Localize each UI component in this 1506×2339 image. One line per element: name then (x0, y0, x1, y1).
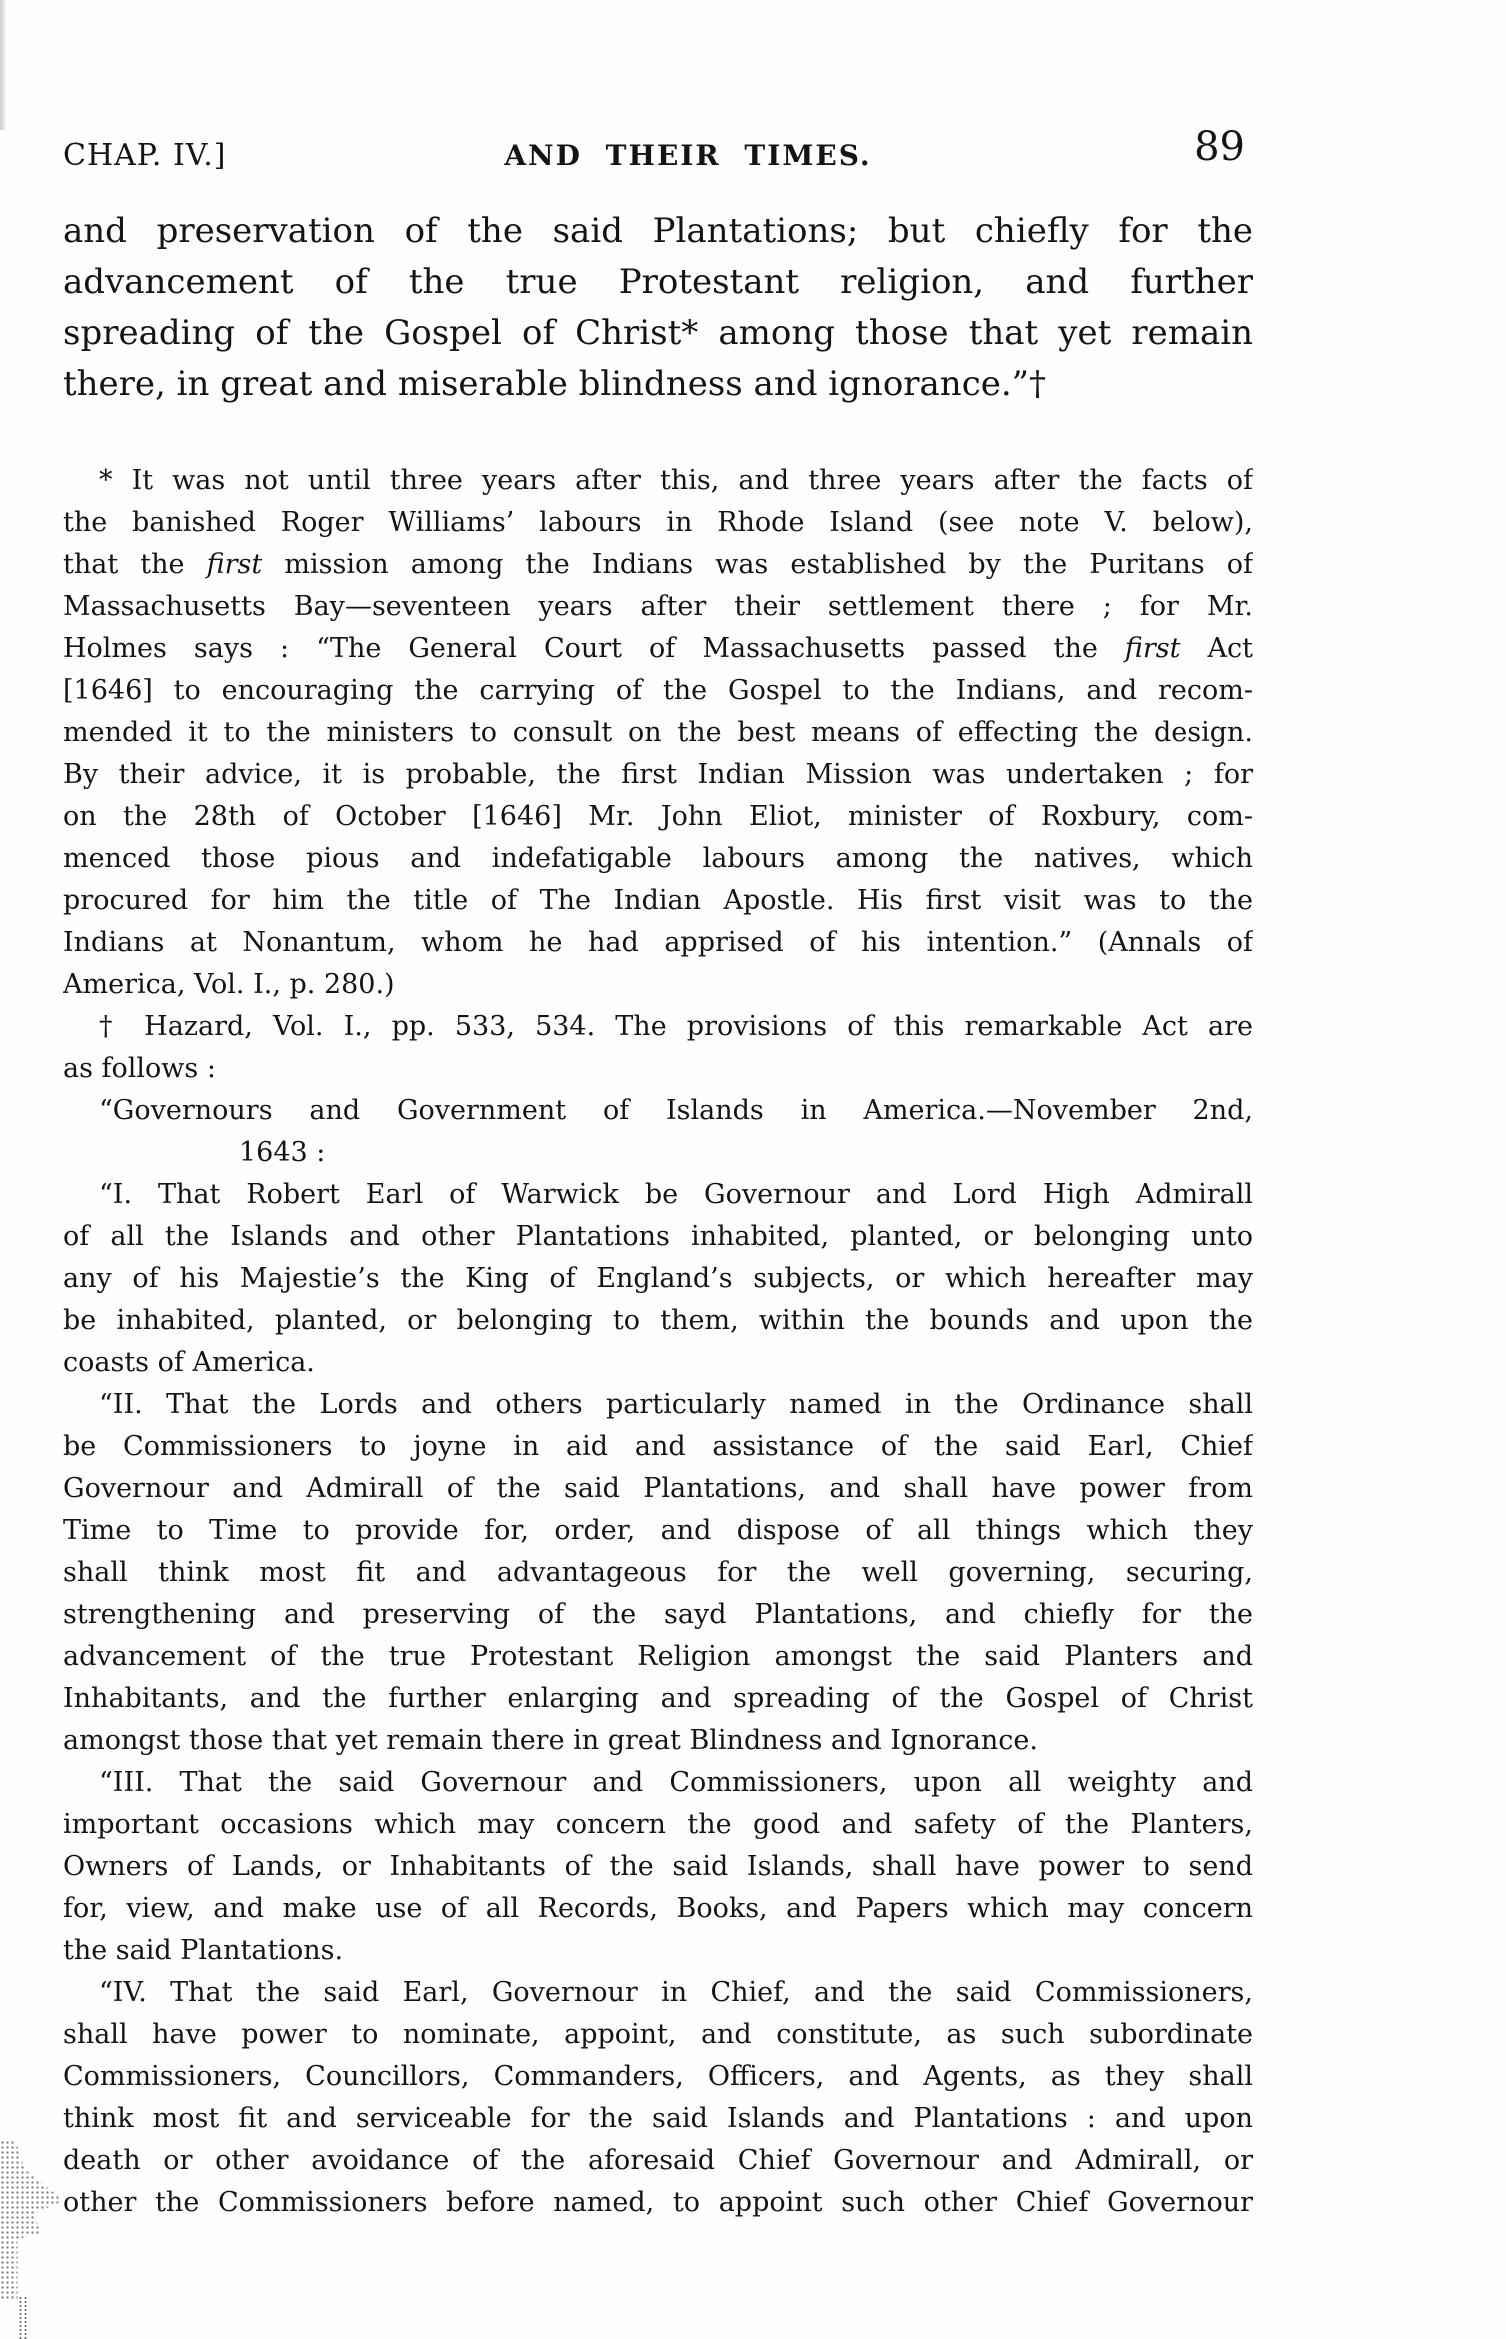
text-line: as follows : (63, 1048, 1253, 1090)
text-line: Indians at Nonantum, whom he had apprise… (63, 922, 1253, 964)
text-line: strengthening and preserving of the sayd… (63, 1594, 1253, 1636)
text-line: coasts of America. (63, 1342, 1253, 1384)
main-paragraph: and preservation of the said Plantations… (63, 206, 1253, 410)
text-line: Holmes says : “The General Court of Mass… (63, 628, 1253, 670)
text-line: By their advice, it is probable, the fir… (63, 754, 1253, 796)
text-line: Inhabitants, and the further enlarging a… (63, 1678, 1253, 1720)
text-line: shall think most fit and advantageous fo… (63, 1552, 1253, 1594)
running-title: AND THEIR TIMES. (468, 139, 908, 172)
text-line: 1643 : (63, 1132, 1253, 1174)
text-line: “I. That Robert Earl of Warwick be Gover… (63, 1174, 1253, 1216)
text-line: of all the Islands and other Plantations… (63, 1216, 1253, 1258)
text-line: Owners of Lands, or Inhabitants of the s… (63, 1846, 1253, 1888)
text-line: menced those pious and indefatigable lab… (63, 838, 1253, 880)
text-line: shall have power to nominate, appoint, a… (63, 2014, 1253, 2056)
text-line: advancement of the true Protestant relig… (63, 257, 1253, 308)
text-line: advancement of the true Protestant Relig… (63, 1636, 1253, 1678)
text-line: Time to Time to provide for, order, and … (63, 1510, 1253, 1552)
text-line: America, Vol. I., p. 280.) (63, 964, 1253, 1006)
page-header: CHAP. IV.] AND THEIR TIMES. 89 (63, 130, 1253, 180)
text-line: spreading of the Gospel of Christ* among… (63, 308, 1253, 359)
text-line: important occasions which may concern th… (63, 1804, 1253, 1846)
text-line: that the first mission among the Indians… (63, 544, 1253, 586)
page-number: 89 (1194, 124, 1245, 170)
text-line: other the Commissioners before named, to… (63, 2182, 1253, 2224)
text-line: be inhabited, planted, or belonging to t… (63, 1300, 1253, 1342)
text-line: the said Plantations. (63, 1930, 1253, 1972)
text-line: be Commissioners to joyne in aid and ass… (63, 1426, 1253, 1468)
text-line: Governour and Admirall of the said Plant… (63, 1468, 1253, 1510)
chapter-label: CHAP. IV.] (63, 138, 226, 173)
book-page-scan: CHAP. IV.] AND THEIR TIMES. 89 and prese… (0, 0, 1506, 2339)
text-line: amongst those that yet remain there in g… (63, 1720, 1253, 1762)
text-line: and preservation of the said Plantations… (63, 206, 1253, 257)
text-line: * It was not until three years after thi… (63, 460, 1253, 502)
text-line: Massachusetts Bay—seventeen years after … (63, 586, 1253, 628)
text-line: † Hazard, Vol. I., pp. 533, 534. The pro… (63, 1006, 1253, 1048)
text-line: Commissioners, Councillors, Commanders, … (63, 2056, 1253, 2098)
text-line: “IV. That the said Earl, Governour in Ch… (63, 1972, 1253, 2014)
text-line: any of his Majestie’s the King of Englan… (63, 1258, 1253, 1300)
text-line: for, view, and make use of all Records, … (63, 1888, 1253, 1930)
scan-edge-artifact (0, 0, 7, 130)
text-line: “III. That the said Governour and Commis… (63, 1762, 1253, 1804)
text-line: procured for him the title of The Indian… (63, 880, 1253, 922)
text-line: there, in great and miserable blindness … (63, 359, 1253, 410)
scan-dotted-line-artifact (18, 2296, 28, 2339)
footnote-block: * It was not until three years after thi… (63, 460, 1253, 2224)
text-line: think most fit and serviceable for the s… (63, 2098, 1253, 2140)
text-line: [1646] to encouraging the carrying of th… (63, 670, 1253, 712)
text-line: “II. That the Lords and others particula… (63, 1384, 1253, 1426)
text-line: death or other avoidance of the aforesai… (63, 2140, 1253, 2182)
text-line: the banished Roger Williams’ labours in … (63, 502, 1253, 544)
text-line: “Governours and Government of Islands in… (63, 1090, 1253, 1132)
text-line: on the 28th of October [1646] Mr. John E… (63, 796, 1253, 838)
text-line: mended it to the ministers to consult on… (63, 712, 1253, 754)
